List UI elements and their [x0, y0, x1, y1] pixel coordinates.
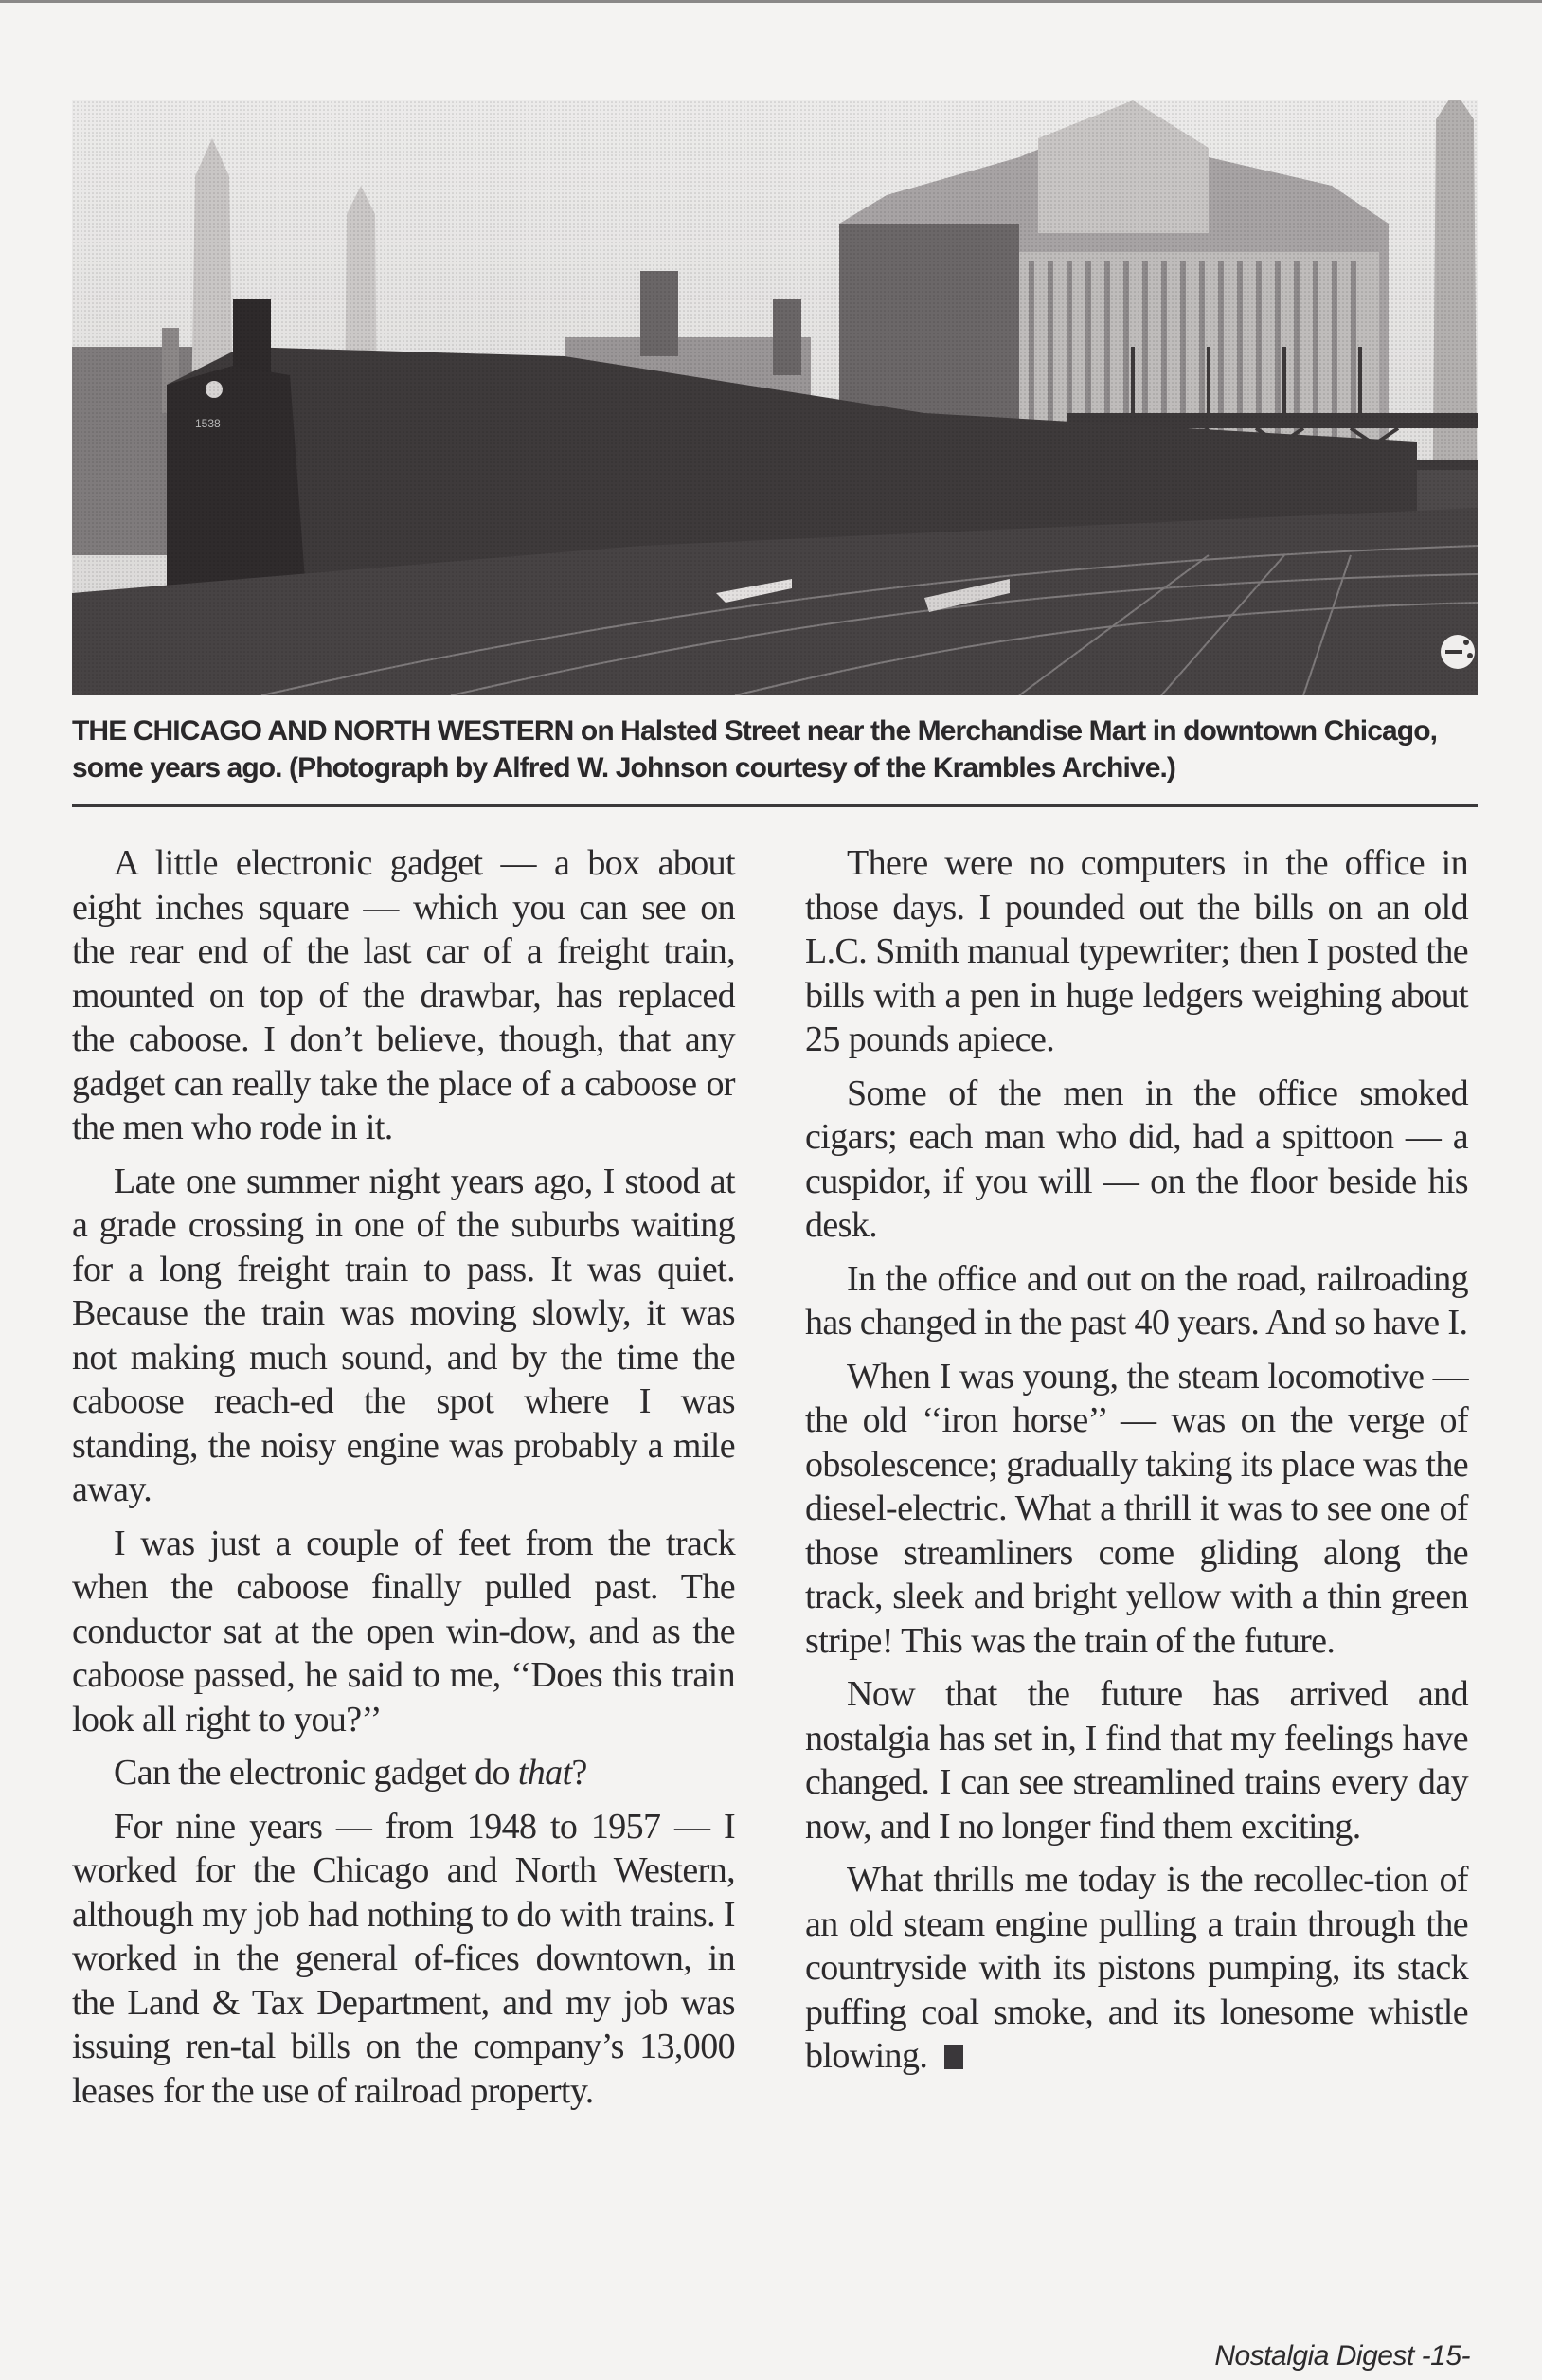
article-photo: 1538: [72, 100, 1478, 695]
italic-emphasis: that: [518, 1753, 572, 1793]
paragraph: There were no computers in the office in…: [805, 841, 1468, 1062]
text-run: What thrills me today is the recollec-ti…: [805, 1860, 1468, 2076]
page-footer: Nostalgia Digest -15-: [1214, 2340, 1470, 2372]
text-run: ?: [572, 1753, 587, 1793]
page-number: -15-: [1422, 2340, 1470, 2371]
paragraph: For nine years — from 1948 to 1957 — I w…: [72, 1805, 735, 2114]
paragraph: I was just a couple of feet from the tra…: [72, 1522, 735, 1742]
caption-lead: THE CHICAGO AND NORTH WESTERN: [72, 715, 573, 747]
article-right-column: There were no computers in the office in…: [805, 841, 1468, 2088]
page-top-edge: [0, 0, 1542, 3]
article-left-column: A little electronic gadget — a box about…: [72, 841, 735, 2122]
paragraph: In the office and out on the road, railr…: [805, 1257, 1468, 1345]
paragraph: Can the electronic gadget do that?: [72, 1751, 735, 1795]
text-run: Can the electronic gadget do: [114, 1753, 518, 1793]
paragraph: Now that the future has arrived and nost…: [805, 1672, 1468, 1848]
photo-caption: THE CHICAGO AND NORTH WESTERN on Halsted…: [72, 712, 1479, 786]
paragraph: What thrills me today is the recollec-ti…: [805, 1858, 1468, 2079]
paragraph: When I was young, the steam locomotive —…: [805, 1355, 1468, 1664]
publication-name: Nostalgia Digest: [1214, 2340, 1413, 2371]
paragraph: A little electronic gadget — a box about…: [72, 841, 735, 1150]
train-photo-illustration: 1538: [72, 100, 1478, 695]
paragraph: Some of the men in the office smoked cig…: [805, 1072, 1468, 1248]
caption-divider: [72, 804, 1478, 807]
paragraph: Late one summer night years ago, I stood…: [72, 1160, 735, 1512]
cnw-logo-icon: [1441, 635, 1475, 669]
end-square-icon: [944, 2045, 963, 2069]
